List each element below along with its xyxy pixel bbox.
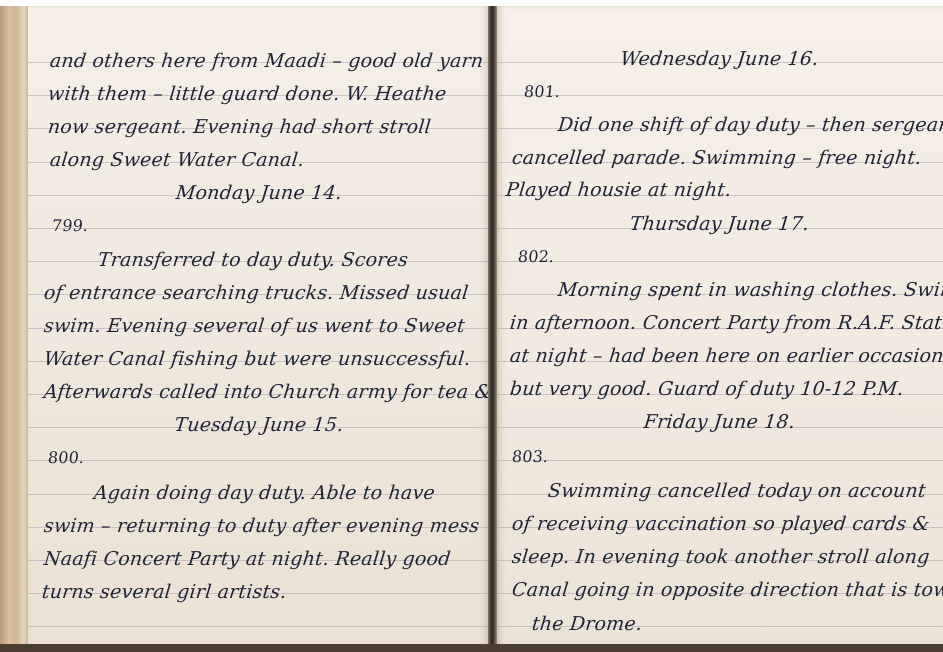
entry-number: 802. bbox=[517, 247, 555, 266]
diary-spread: and others here from Maadi – good old ya… bbox=[0, 0, 943, 652]
diary-text-line: with them – little guard done. W. Heathe bbox=[47, 83, 448, 105]
diary-text-line: swim. Evening several of us went to Swee… bbox=[43, 315, 466, 337]
diary-text-line: Afterwards called into Church army for t… bbox=[43, 381, 490, 403]
diary-text-line: Played housie at night. bbox=[505, 179, 733, 201]
book-spine bbox=[488, 6, 497, 652]
ruled-line bbox=[496, 460, 943, 461]
diary-text-line: Naafi Concert Party at night. Really goo… bbox=[43, 548, 452, 570]
diary-text-line: Morning spent in washing clothes. Swimmi… bbox=[557, 279, 943, 301]
left-page: and others here from Maadi – good old ya… bbox=[28, 6, 490, 646]
diary-text-line: of entrance searching trucks. Missed usu… bbox=[43, 282, 470, 304]
diary-text-line: and others here from Maadi – good old ya… bbox=[49, 50, 485, 72]
ruled-line bbox=[496, 261, 943, 262]
entry-number: 799. bbox=[51, 216, 89, 235]
diary-text-line: the Drome. bbox=[531, 613, 644, 635]
entry-date-heading: Thursday June 17. bbox=[496, 213, 943, 235]
ruled-line bbox=[28, 228, 490, 229]
diary-text-line: sleep. In evening took another stroll al… bbox=[511, 546, 931, 568]
entry-date-heading: Wednesday June 16. bbox=[496, 48, 943, 70]
diary-text-line: turns several girl artists. bbox=[41, 581, 288, 603]
diary-text-line: but very good. Guard of duty 10-12 P.M. bbox=[509, 378, 905, 400]
diary-text-line: in afternoon. Concert Party from R.A.F. … bbox=[509, 312, 943, 334]
book-bottom-edge bbox=[0, 644, 943, 652]
right-page: Wednesday June 16.801.Did one shift of d… bbox=[496, 6, 943, 646]
ruled-line bbox=[28, 460, 490, 461]
ruled-line bbox=[28, 626, 490, 627]
diary-text-line: swim – returning to duty after evening m… bbox=[43, 515, 481, 537]
entry-date-heading: Tuesday June 15. bbox=[28, 414, 490, 436]
ruled-line bbox=[496, 95, 943, 96]
entry-date-heading: Friday June 18. bbox=[496, 411, 943, 433]
diary-text-line: of receiving vaccination so played cards… bbox=[511, 513, 931, 535]
diary-text-line: Water Canal fishing but were unsuccessfu… bbox=[43, 348, 472, 370]
entry-date-heading: Monday June 14. bbox=[28, 182, 490, 204]
diary-text-line: Swimming cancelled today on account bbox=[547, 480, 927, 502]
entry-number: 803. bbox=[511, 447, 549, 466]
diary-text-line: Canal going in opposite direction that i… bbox=[511, 579, 943, 601]
entry-number: 801. bbox=[523, 82, 561, 101]
diary-text-line: now sergeant. Evening had short stroll bbox=[47, 116, 432, 138]
entry-number: 800. bbox=[47, 448, 85, 467]
diary-text-line: cancelled parade. Swimming – free night. bbox=[511, 147, 923, 169]
diary-text-line: along Sweet Water Canal. bbox=[49, 149, 306, 171]
page-edges bbox=[0, 6, 30, 652]
diary-text-line: Transferred to day duty. Scores bbox=[97, 249, 409, 271]
diary-text-line: Again doing day duty. Able to have bbox=[93, 482, 436, 504]
diary-text-line: Did one shift of day duty – then sergean… bbox=[557, 114, 943, 136]
diary-text-line: at night – had been here on earlier occa… bbox=[509, 345, 943, 367]
